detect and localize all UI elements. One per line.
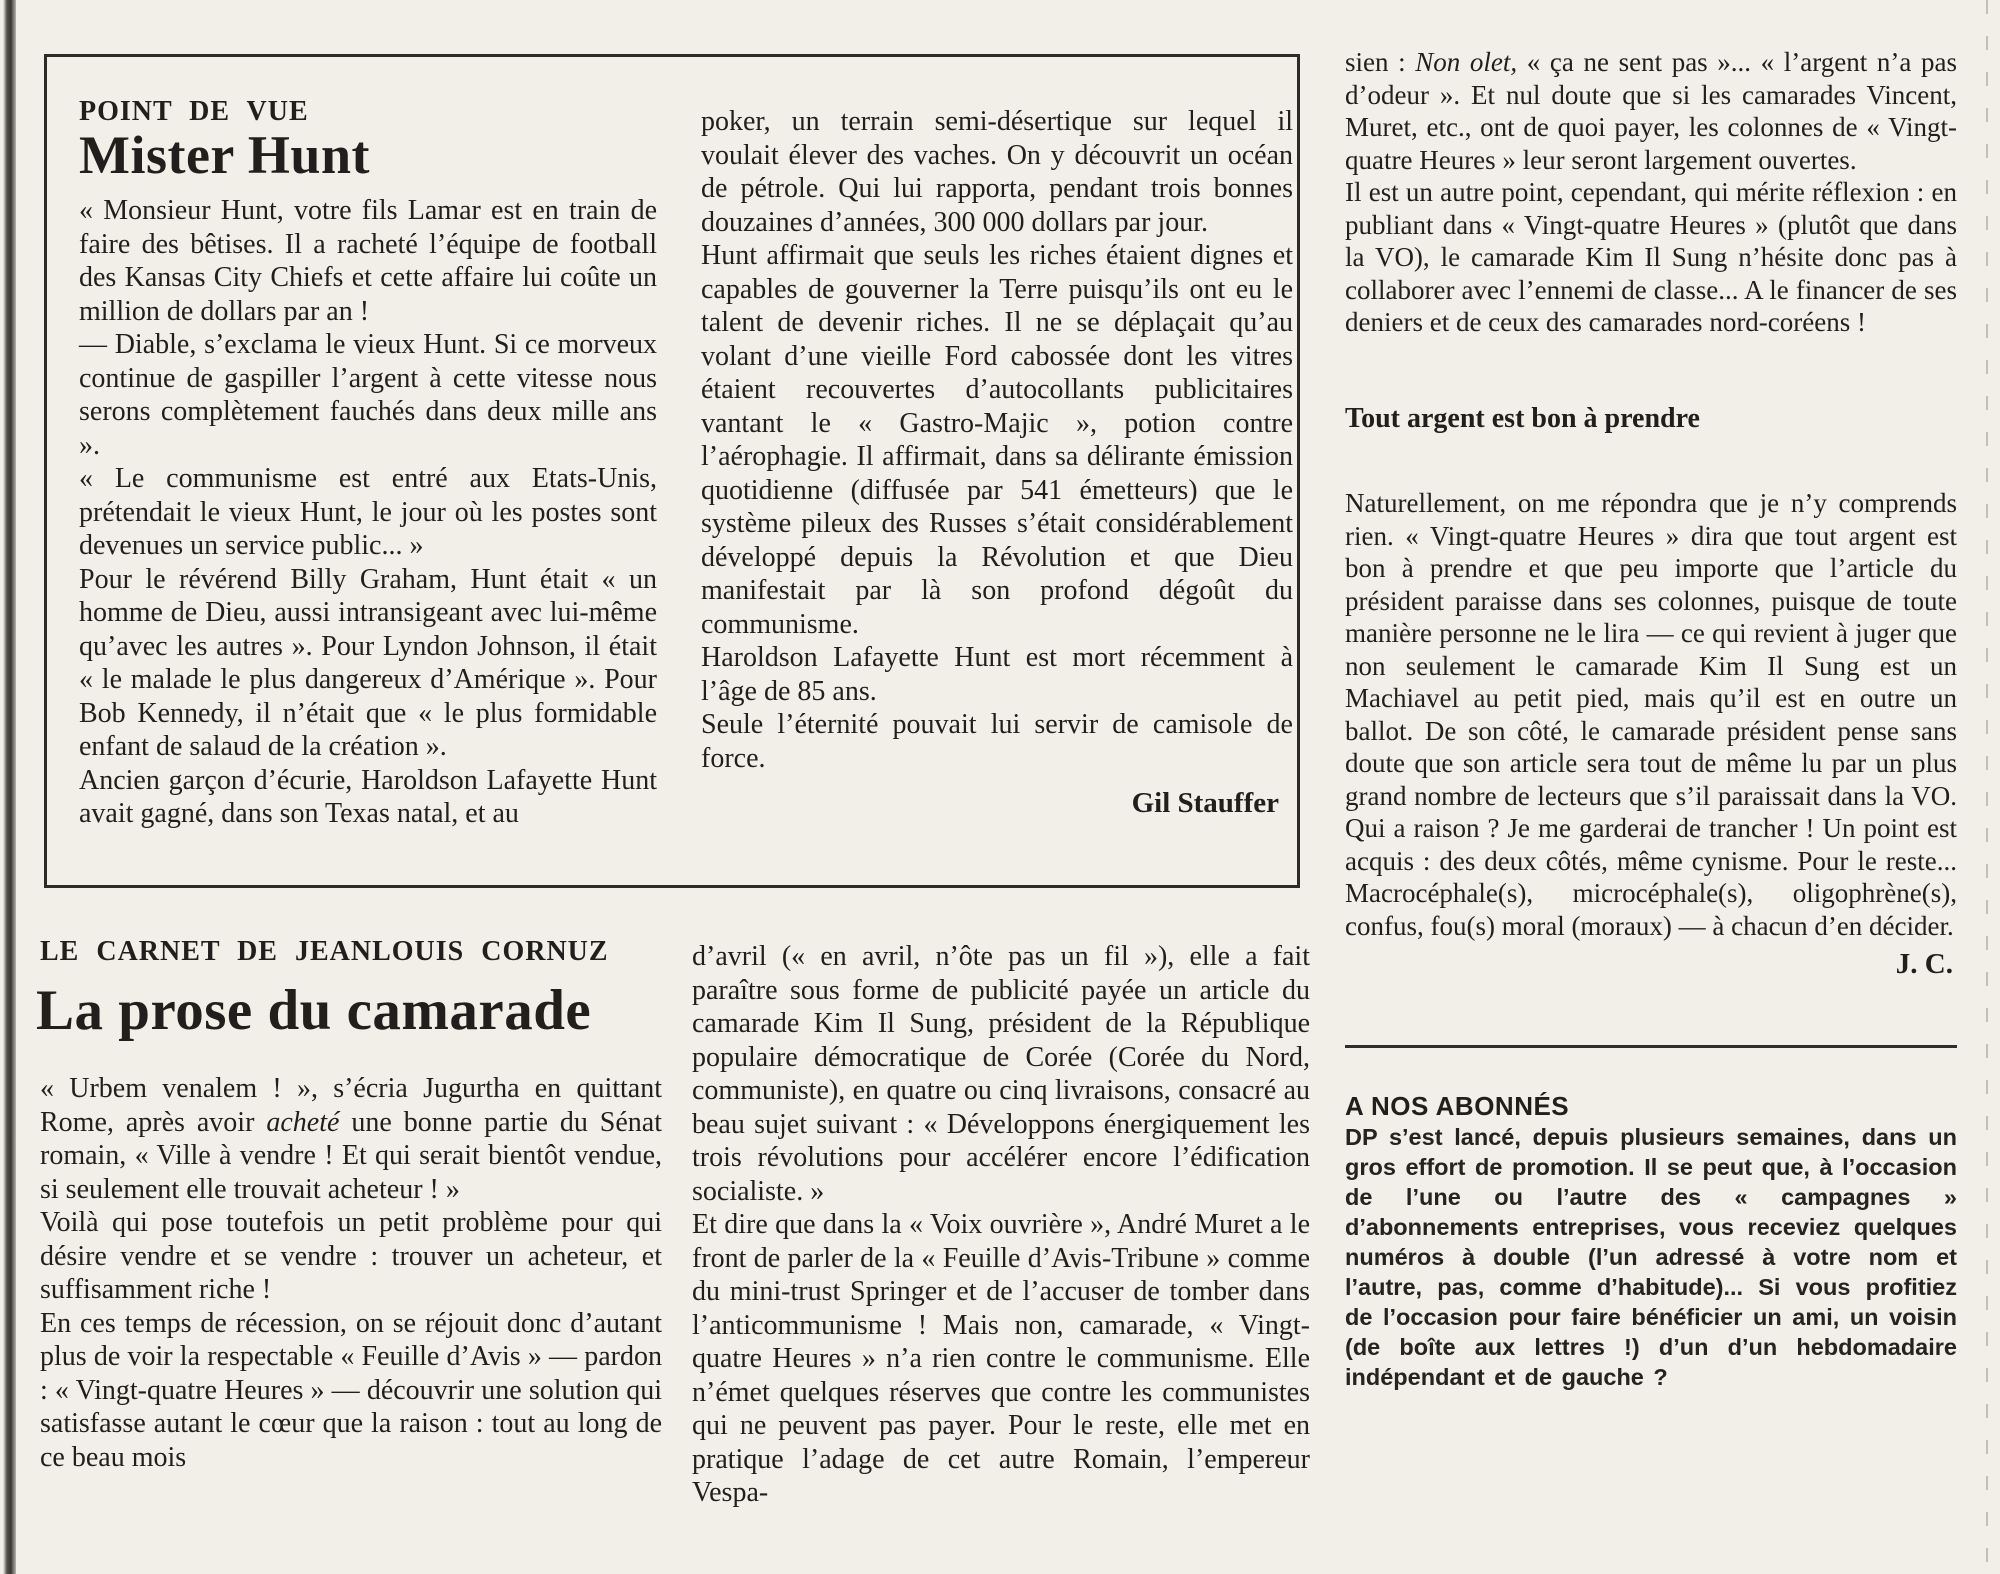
carnet-title: La prose du camarade	[36, 978, 591, 1043]
section-divider	[1345, 1045, 1957, 1048]
paragraph: sien : Non olet, « ça ne sent pas »... «…	[1345, 46, 1957, 176]
abonnes-body: DP s’est lancé, depuis plusieurs semaine…	[1345, 1122, 1957, 1392]
paragraph: Hunt affirmait que seuls les riches étai…	[701, 239, 1293, 641]
paragraph: « Monsieur Hunt, votre fils Lamar est en…	[79, 194, 657, 328]
byline-jc: J. C.	[1345, 948, 1957, 981]
paragraph: d’avril (« en avril, n’ôte pas un fil »)…	[692, 940, 1310, 1208]
paragraph: Naturellement, on me répondra que je n’y…	[1345, 487, 1957, 942]
paragraph: Voilà qui pose toutefois un petit problè…	[40, 1206, 662, 1307]
article-title: Mister Hunt	[79, 139, 657, 173]
section-subhead: Tout argent est bon à prendre	[1345, 403, 1957, 436]
right-column: sien : Non olet, « ça ne sent pas »... «…	[1345, 46, 1957, 1392]
paragraph-text: sien :	[1345, 47, 1415, 77]
paragraph: Et dire que dans la « Voix ouvrière », A…	[692, 1208, 1310, 1510]
paragraph: Pour le révérend Billy Graham, Hunt étai…	[79, 563, 657, 764]
boxed-article-column-1: POINT DE VUE Mister Hunt « Monsieur Hunt…	[79, 57, 657, 885]
carnet-kicker: LE CARNET DE JEANLOUIS CORNUZ	[40, 936, 609, 968]
paragraph: Il est un autre point, cependant, qui mé…	[1345, 176, 1957, 339]
paragraph: — Diable, s’exclama le vieux Hunt. Si ce…	[79, 328, 657, 462]
scan-edge-right	[1986, 0, 1988, 1574]
paragraph: En ces temps de récession, on se réjouit…	[40, 1307, 662, 1475]
abonnes-heading: A NOS ABONNÉS	[1345, 1090, 1957, 1123]
paragraph: Haroldson Lafayette Hunt est mort récemm…	[701, 641, 1293, 708]
paragraph: Seule l’éternité pouvait lui servir de c…	[701, 708, 1293, 775]
italic-text: acheté	[266, 1107, 339, 1138]
newspaper-page: { "page": { "background": "#f1efe8", "in…	[0, 0, 2000, 1574]
paragraph: « Urbem venalem ! », s’écria Jugurtha en…	[40, 1072, 662, 1206]
paragraph: « Le communisme est entré aux Etats-Unis…	[79, 462, 657, 563]
italic-text: Non olet,	[1415, 47, 1517, 77]
carnet-column-2: d’avril (« en avril, n’ôte pas un fil »)…	[692, 940, 1310, 1510]
paragraph: poker, un terrain semi-désertique sur le…	[701, 105, 1293, 239]
scan-edge-left	[3, 0, 16, 1574]
byline-gil-stauffer: Gil Stauffer	[701, 787, 1293, 821]
boxed-article-column-2: poker, un terrain semi-désertique sur le…	[701, 57, 1293, 885]
boxed-article-point-de-vue: POINT DE VUE Mister Hunt « Monsieur Hunt…	[44, 54, 1300, 888]
carnet-column-1: « Urbem venalem ! », s’écria Jugurtha en…	[40, 1072, 662, 1474]
paragraph: Ancien garçon d’écurie, Haroldson Lafaye…	[79, 764, 657, 831]
article-kicker: POINT DE VUE	[79, 95, 657, 129]
